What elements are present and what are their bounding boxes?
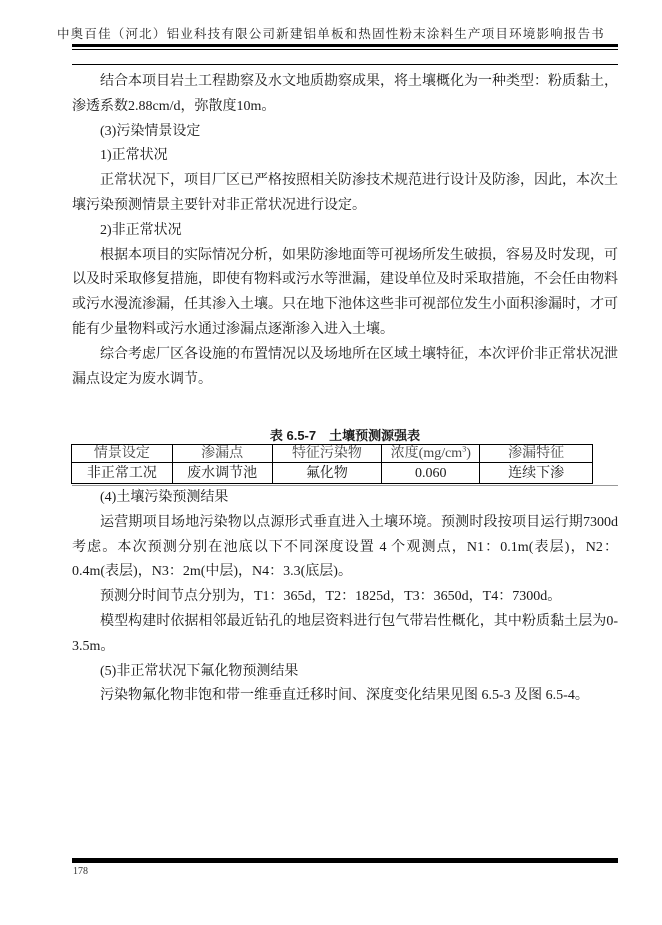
heading-abnormal-condition: 2)非正常状况 (72, 219, 618, 244)
heading-fluoride-results: (5)非正常状况下氟化物预测结果 (72, 660, 618, 685)
col-header-pollutant: 特征污染物 (272, 445, 382, 463)
cell-leak-type: 连续下渗 (480, 463, 593, 484)
source-strength-table: 情景设定 渗漏点 特征污染物 浓度(mg/cm3) 渗漏特征 非正常工况 废水调… (71, 444, 593, 484)
paragraph-time-nodes: 预测分时间节点分别为，T1：365d，T2：1825d，T3：3650d，T4：… (72, 585, 618, 610)
paragraph-model-layers: 模型构建时依据相邻最近钻孔的地层资料进行包气带岩性概化，其中粉质黏土层为0-3.… (72, 610, 618, 660)
section-prediction-results: (4)土壤污染预测结果 运营期项目场地污染物以点源形式垂直进入土壤环境。预测时段… (72, 486, 618, 709)
paragraph-leak-point: 综合考虑厂区各设施的布置情况以及场地所在区域土壤特征，本次评价非正常状况泄漏点设… (72, 343, 618, 393)
heading-soil-prediction: (4)土壤污染预测结果 (72, 486, 618, 511)
heading-normal-condition: 1)正常状况 (72, 144, 618, 169)
paragraph-figure-reference: 污染物氟化物非饱和带一维垂直迁移时间、深度变化结果见图 6.5-3 及图 6.5… (72, 684, 618, 709)
col-header-leak-point: 渗漏点 (172, 445, 272, 463)
cell-scenario: 非正常工况 (72, 463, 173, 484)
table-row: 非正常工况 废水调节池 氟化物 0.060 连续下渗 (72, 463, 593, 484)
cell-concentration: 0.060 (382, 463, 480, 484)
col-header-scenario: 情景设定 (72, 445, 173, 463)
col-header-leak-type: 渗漏特征 (480, 445, 593, 463)
header-rule-thick (72, 44, 618, 47)
paragraph-observation-points: 运营期项目场地污染物以点源形式垂直进入土壤环境。预测时段按项目运行期7300d … (72, 511, 618, 585)
section-soil-params: 结合本项目岩土工程勘察及水文地质勘察成果，将土壤概化为一种类型：粉质黏土，渗透系… (72, 70, 618, 392)
content-top-rule (72, 64, 618, 65)
paragraph-soil-type: 结合本项目岩土工程勘察及水文地质勘察成果，将土壤概化为一种类型：粉质黏土，渗透系… (72, 70, 618, 120)
header-rule-thin (72, 49, 618, 50)
page-number: 178 (73, 866, 88, 877)
heading-pollution-scenario: (3)污染情景设定 (72, 120, 618, 145)
cell-pollutant: 氟化物 (272, 463, 382, 484)
running-header-title: 中奥百佳（河北）铝业科技有限公司新建铝单板和热固性粉末涂料生产项目环境影响报告书 (0, 24, 662, 42)
table-caption: 表 6.5-7 土壤预测源强表 (72, 425, 618, 444)
table-header-row: 情景设定 渗漏点 特征污染物 浓度(mg/cm3) 渗漏特征 (72, 445, 593, 463)
cell-leak-point: 废水调节池 (172, 463, 272, 484)
footer-rule (72, 858, 618, 863)
col-header-concentration: 浓度(mg/cm3) (382, 445, 480, 463)
paragraph-abnormal-analysis: 根据本项目的实际情况分析，如果防渗地面等可视场所发生破损，容易及时发现，可以及时… (72, 244, 618, 343)
paragraph-normal-condition: 正常状况下，项目厂区已严格按照相关防渗技术规范进行设计及防渗，因此，本次土壤污染… (72, 169, 618, 219)
